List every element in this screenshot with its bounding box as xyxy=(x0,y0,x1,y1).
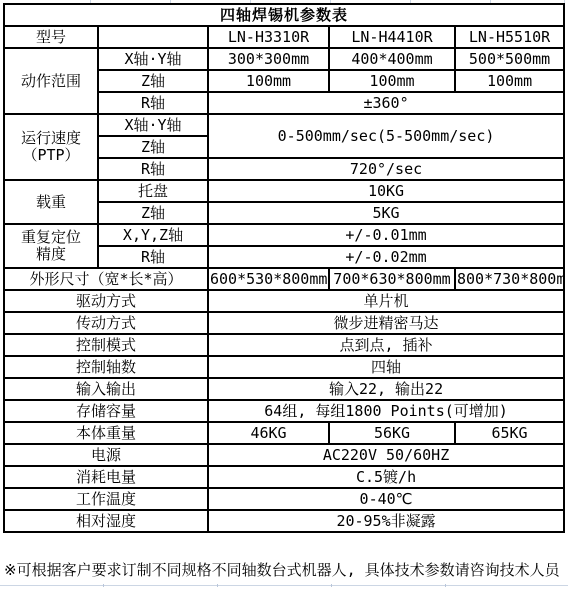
action-z-value-3: 100mm xyxy=(455,70,564,92)
table-row-io: 输入输出 输入22, 输出22 xyxy=(4,378,564,400)
load-z-value: 5KG xyxy=(208,202,564,224)
row-label-model: 型号 xyxy=(4,26,98,48)
footnote: ※可根据客户要求订制不同规格不同轴数台式机器人, 具体技术参数请咨询技术人员 xyxy=(4,560,566,580)
table-row-accuracy-xyz: 重复定位 精度 X,Y,Z轴 +/-0.01mm xyxy=(4,224,564,246)
row-label-memory: 存储容量 xyxy=(4,400,208,422)
weight-value-1: 46KG xyxy=(208,422,329,444)
model-name-1: LN-H3310R xyxy=(208,26,329,48)
table-row-load-tray: 载重 托盘 10KG xyxy=(4,180,564,202)
speed-xy-z-value: 0-500mm/sec(5-500mm/sec) xyxy=(208,114,564,158)
row-label-temperature: 工作温度 xyxy=(4,488,208,510)
group-label-repeat-accuracy: 重复定位 精度 xyxy=(4,224,98,268)
row-label-weight: 本体重量 xyxy=(4,422,208,444)
control-mode-value: 点到点, 插补 xyxy=(208,334,564,356)
humidity-value: 20-95%非凝露 xyxy=(208,510,564,532)
action-xy-value-3: 500*500mm xyxy=(455,48,564,70)
table-row-dimensions: 外形尺寸（宽*长*高） 600*530*800mm 700*630*800mm … xyxy=(4,268,564,290)
gridline-tick xyxy=(90,0,91,3)
axis-label-r: R轴 xyxy=(98,246,208,268)
row-label-power: 电源 xyxy=(4,444,208,466)
axis-label-z: Z轴 xyxy=(98,70,208,92)
load-tray-label: 托盘 xyxy=(98,180,208,202)
row-label-io: 输入输出 xyxy=(4,378,208,400)
table-row-memory: 存储容量 64组, 每组1800 Points(可增加) xyxy=(4,400,564,422)
model-name-3: LN-H5510R xyxy=(455,26,564,48)
spec-table: 四轴焊锡机参数表 型号 LN-H3310R LN-H4410R LN-H5510… xyxy=(3,3,565,533)
group-label-speed-ptp: 运行速度 （PTP） xyxy=(4,114,98,180)
drive-value: 单片机 xyxy=(208,290,564,312)
dimensions-value-1: 600*530*800mm xyxy=(208,268,329,290)
table-row-drive: 驱动方式 单片机 xyxy=(4,290,564,312)
axis-label-r: R轴 xyxy=(98,158,208,180)
gridline-tick xyxy=(170,0,171,3)
table-row-speed-xy: 运行速度 （PTP） X轴·Y轴 0-500mm/sec(5-500mm/sec… xyxy=(4,114,564,136)
dimensions-value-3: 800*730*800mm xyxy=(455,268,564,290)
row-label-drive: 驱动方式 xyxy=(4,290,208,312)
accuracy-label-line2: 精度 xyxy=(6,246,96,263)
accuracy-label-line1: 重复定位 xyxy=(6,229,96,246)
row-label-dimensions: 外形尺寸（宽*长*高） xyxy=(4,268,208,290)
parameter-sheet: { "title": "四轴焊锡机参数表", "header": { "labe… xyxy=(0,0,568,592)
transmission-value: 微步进精密马达 xyxy=(208,312,564,334)
action-z-value-1: 100mm xyxy=(208,70,329,92)
load-tray-value: 10KG xyxy=(208,180,564,202)
gridline-tick xyxy=(564,0,565,3)
group-label-load: 载重 xyxy=(4,180,98,224)
table-row-temperature: 工作温度 0-40℃ xyxy=(4,488,564,510)
gridline-tick xyxy=(490,0,491,3)
axis-label-z: Z轴 xyxy=(98,202,208,224)
gridline-tick xyxy=(331,584,332,587)
gridline-tick xyxy=(330,0,331,3)
axes-count-value: 四轴 xyxy=(208,356,564,378)
group-label-action-range: 动作范围 xyxy=(4,48,98,114)
model-name-2: LN-H4410R xyxy=(329,26,455,48)
action-xy-value-1: 300*300mm xyxy=(208,48,329,70)
table-row-humidity: 相对湿度 20-95%非凝露 xyxy=(4,510,564,532)
model-row: 型号 LN-H3310R LN-H4410R LN-H5510R xyxy=(4,26,564,48)
row-label-consumption: 消耗电量 xyxy=(4,466,208,488)
temperature-value: 0-40℃ xyxy=(208,488,564,510)
axis-label-xyz: X,Y,Z轴 xyxy=(98,224,208,246)
power-value: AC220V 50/60HZ xyxy=(208,444,564,466)
io-value: 输入22, 输出22 xyxy=(208,378,564,400)
gridline-bottom xyxy=(0,585,568,586)
accuracy-r-value: +/-0.02mm xyxy=(208,246,564,268)
gridline-tick xyxy=(410,0,411,3)
speed-r-value: 720°/sec xyxy=(208,158,564,180)
speed-label-line2: （PTP） xyxy=(6,147,96,164)
axis-label-xy: X轴·Y轴 xyxy=(98,114,208,136)
table-row-control-mode: 控制模式 点到点, 插补 xyxy=(4,334,564,356)
speed-label-line1: 运行速度 xyxy=(6,130,96,147)
action-z-value-2: 100mm xyxy=(329,70,455,92)
table-row-action-xy: 动作范围 X轴·Y轴 300*300mm 400*400mm 500*500mm xyxy=(4,48,564,70)
gridline-tick xyxy=(103,584,104,587)
row-label-transmission: 传动方式 xyxy=(4,312,208,334)
axis-label-r: R轴 xyxy=(98,92,208,114)
table-row-power: 电源 AC220V 50/60HZ xyxy=(4,444,564,466)
consumption-value: C.5镀/h xyxy=(208,466,564,488)
table-row-axes-count: 控制轴数 四轴 xyxy=(4,356,564,378)
row-label-control-mode: 控制模式 xyxy=(4,334,208,356)
gridline-tick xyxy=(217,584,218,587)
gridline-tick xyxy=(250,0,251,3)
table-row-transmission: 传动方式 微步进精密马达 xyxy=(4,312,564,334)
gridline-tick xyxy=(445,584,446,587)
axis-label-xy: X轴·Y轴 xyxy=(98,48,208,70)
axis-label-z: Z轴 xyxy=(98,136,208,158)
model-blank-cell xyxy=(98,26,208,48)
action-xy-value-2: 400*400mm xyxy=(329,48,455,70)
table-row-weight: 本体重量 46KG 56KG 65KG xyxy=(4,422,564,444)
row-label-axes-count: 控制轴数 xyxy=(4,356,208,378)
action-r-value: ±360° xyxy=(208,92,564,114)
table-row-consumption: 消耗电量 C.5镀/h xyxy=(4,466,564,488)
memory-value: 64组, 每组1800 Points(可增加) xyxy=(208,400,564,422)
page-title: 四轴焊锡机参数表 xyxy=(4,4,564,26)
weight-value-3: 65KG xyxy=(455,422,564,444)
row-label-humidity: 相对湿度 xyxy=(4,510,208,532)
weight-value-2: 56KG xyxy=(329,422,455,444)
accuracy-xyz-value: +/-0.01mm xyxy=(208,224,564,246)
title-row: 四轴焊锡机参数表 xyxy=(4,4,564,26)
dimensions-value-2: 700*630*800mm xyxy=(329,268,455,290)
